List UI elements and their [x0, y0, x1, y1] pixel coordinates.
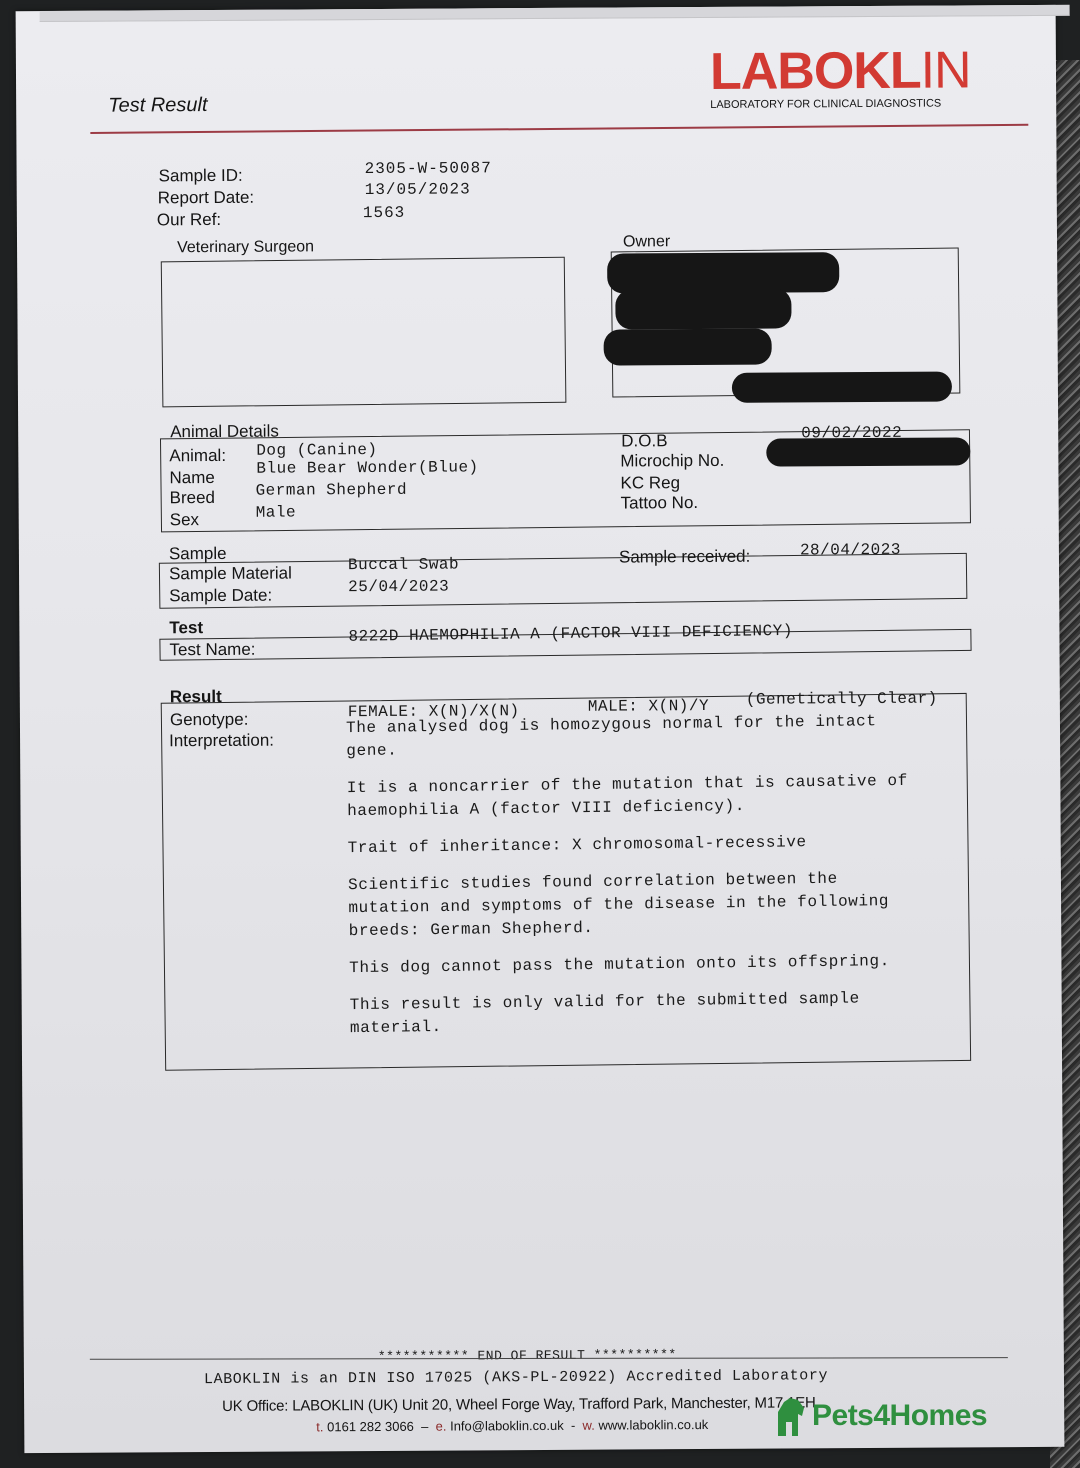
pets4homes-watermark: Pets4Homes: [774, 1396, 987, 1436]
logo-thin: IN: [920, 41, 970, 99]
owner-redaction: [604, 329, 772, 366]
watermark-text: Pets4Homes: [812, 1399, 987, 1433]
separator: –: [421, 1419, 428, 1434]
report-date-value: 13/05/2023: [365, 180, 471, 199]
sample-material-label: Sample Material: [169, 564, 292, 585]
breed-value: German Shepherd: [255, 481, 407, 500]
kc-reg-label: KC Reg: [620, 473, 680, 493]
our-ref-label: Our Ref:: [157, 210, 221, 230]
sample-material-value: Buccal Swab: [348, 555, 459, 574]
email-key: e.: [436, 1419, 447, 1434]
sample-date-label: Sample Date:: [169, 586, 272, 607]
sample-id-value: 2305-W-50087: [365, 159, 492, 178]
header-divider: [90, 124, 1028, 134]
test-section-label: Test: [169, 618, 203, 638]
name-label: Name: [169, 468, 214, 488]
phone-key: t.: [316, 1419, 323, 1434]
sex-label: Sex: [170, 510, 199, 530]
genotype-status: (Genetically Clear): [746, 690, 938, 709]
sample-id-label: Sample ID:: [159, 166, 243, 187]
accreditation-text: LABOKLIN is an DIN ISO 17025 (AKS-PL-209…: [204, 1367, 828, 1388]
end-of-result: *********** END OF RESULT **********: [378, 1347, 677, 1364]
owner-redaction: [615, 288, 791, 329]
report-date-label: Report Date:: [158, 188, 255, 209]
interp-paragraph: Scientific studies found correlation bet…: [348, 866, 959, 943]
office-address: UK Office: LABOKLIN (UK) Unit 20, Wheel …: [222, 1394, 816, 1415]
interpretation-text: The analysed dog is homozygous normal fo…: [346, 709, 960, 1040]
sample-received-value: 28/04/2023: [800, 541, 901, 560]
house-dog-icon: [774, 1396, 808, 1436]
interp-paragraph: The analysed dog is homozygous normal fo…: [346, 709, 957, 763]
vet-box: [161, 257, 567, 408]
owner-redaction: [607, 252, 839, 293]
sample-received-label: Sample received:: [619, 547, 750, 568]
page-edge: [40, 5, 1070, 22]
phone-number[interactable]: 0161 282 3066: [327, 1419, 414, 1435]
test-name-label: Test Name:: [169, 640, 255, 661]
microchip-label: Microchip No.: [620, 451, 724, 472]
breed-label: Breed: [170, 488, 215, 508]
contact-line: t. 0161 282 3066 – e. Info@laboklin.co.u…: [316, 1417, 708, 1434]
owner-label: Owner: [623, 233, 670, 251]
logo-tagline: LABORATORY FOR CLINICAL DIAGNOSTICS: [710, 97, 971, 111]
dob-label: D.O.B: [621, 431, 667, 451]
laboklin-logo: LABOKLIN LABORATORY FOR CLINICAL DIAGNOS…: [710, 45, 971, 111]
interp-paragraph: Trait of inheritance: X chromosomal-rece…: [347, 829, 957, 860]
sex-value: Male: [256, 503, 297, 521]
animal-value: Dog (Canine): [256, 441, 377, 460]
interp-paragraph: This result is only valid for the submit…: [350, 986, 961, 1040]
owner-redaction: [732, 371, 952, 402]
logo-bold: LABOKL: [710, 42, 921, 101]
interp-paragraph: It is a noncarrier of the mutation that …: [347, 769, 958, 823]
page-title: Test Result: [108, 94, 207, 118]
our-ref-value: 1563: [363, 204, 406, 222]
web-link[interactable]: www.laboklin.co.uk: [598, 1417, 708, 1433]
animal-label: Animal:: [169, 446, 226, 466]
interpretation-label: Interpretation:: [169, 731, 274, 752]
interp-paragraph: This dog cannot pass the mutation onto i…: [349, 949, 959, 980]
email-link[interactable]: Info@laboklin.co.uk: [450, 1418, 564, 1434]
logo-wordmark: LABOKLIN: [710, 45, 971, 97]
sample-date-value: 25/04/2023: [348, 578, 449, 597]
microchip-redaction: [766, 437, 970, 466]
tattoo-label: Tattoo No.: [621, 493, 699, 513]
vet-label: Veterinary Surgeon: [177, 238, 314, 257]
document-page: Test Result LABOKLIN LABORATORY FOR CLIN…: [16, 5, 1065, 1453]
genotype-label: Genotype:: [170, 710, 249, 730]
name-value: Blue Bear Wonder(Blue): [256, 458, 478, 477]
web-key: w.: [582, 1418, 594, 1433]
separator: -: [571, 1418, 575, 1433]
